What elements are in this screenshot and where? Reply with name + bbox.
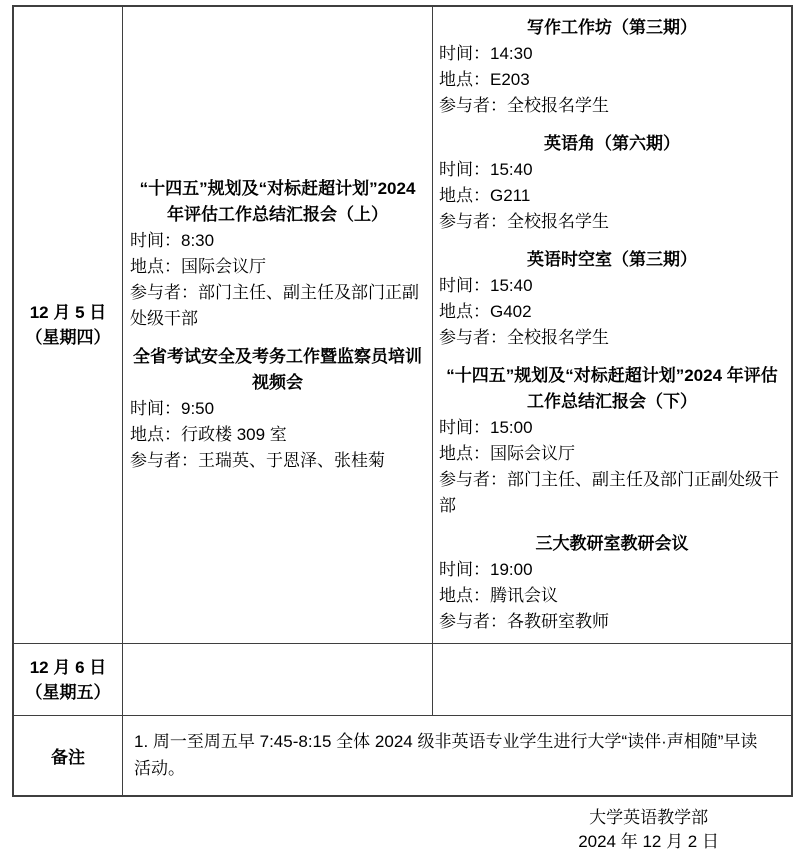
table-row-dec6: 12 月 6 日 （星期五） [14, 643, 791, 715]
signature-block: 大学英语教学部 2024 年 12 月 2 日 [578, 806, 719, 854]
document-page: 12 月 5 日 （星期四） “十四五”规划及“对标赶超计划”2024 年评估工… [0, 0, 799, 855]
event-block: 英语时空室（第三期） 时间：15:40 地点：G402 参与者：全校报名学生 [439, 247, 785, 351]
event-title: “十四五”规划及“对标赶超计划”2024 年评估工作总结汇报会（上） [130, 176, 425, 228]
event-time: 时间：15:40 [439, 157, 785, 183]
date-line-1: 12 月 5 日 [30, 300, 107, 325]
event-time: 时间：15:40 [439, 273, 785, 299]
event-block: 全省考试安全及考务工作暨监察员培训视频会 时间：9:50 地点：行政楼 309 … [130, 344, 425, 474]
event-block: “十四五”规划及“对标赶超计划”2024 年评估工作总结汇报会（下） 时间：15… [439, 363, 785, 519]
event-title: 全省考试安全及考务工作暨监察员培训视频会 [130, 344, 425, 396]
event-location: 地点：G402 [439, 299, 785, 325]
event-block: 英语角（第六期） 时间：15:40 地点：G211 参与者：全校报名学生 [439, 131, 785, 235]
event-title: 英语时空室（第三期） [439, 247, 785, 273]
events-cell-right-empty [433, 644, 791, 715]
table-row-note: 备注 1. 周一至周五早 7:45-8:15 全体 2024 级非英语专业学生进… [14, 715, 791, 795]
event-location: 地点：国际会议厅 [130, 254, 425, 280]
event-time: 时间：9:50 [130, 396, 425, 422]
date-line-1: 12 月 6 日 [30, 655, 107, 680]
event-participants: 参与者：全校报名学生 [439, 325, 785, 351]
event-location: 地点：行政楼 309 室 [130, 422, 425, 448]
event-participants: 参与者：全校报名学生 [439, 209, 785, 235]
event-time: 时间：14:30 [439, 41, 785, 67]
events-cell-middle: “十四五”规划及“对标赶超计划”2024 年评估工作总结汇报会（上） 时间：8:… [123, 7, 433, 643]
event-title: 写作工作坊（第三期） [439, 15, 785, 41]
event-participants: 参与者：王瑞英、于恩泽、张桂菊 [130, 448, 425, 474]
note-text: 1. 周一至周五早 7:45-8:15 全体 2024 级非英语专业学生进行大学… [123, 716, 791, 795]
event-time: 时间：8:30 [130, 228, 425, 254]
events-cell-middle-empty [123, 644, 433, 715]
date-line-2: （星期四） [26, 325, 111, 350]
events-cell-right: 写作工作坊（第三期） 时间：14:30 地点：E203 参与者：全校报名学生 英… [433, 7, 791, 643]
event-block: 三大教研室教研会议 时间：19:00 地点：腾讯会议 参与者：各教研室教师 [439, 531, 785, 635]
event-participants: 参与者：各教研室教师 [439, 609, 785, 635]
event-location: 地点：腾讯会议 [439, 583, 785, 609]
event-location: 地点：G211 [439, 183, 785, 209]
event-participants: 参与者：部门主任、副主任及部门正副处级干部 [130, 280, 425, 332]
note-label-cell: 备注 [14, 716, 123, 795]
event-title: 英语角（第六期） [439, 131, 785, 157]
date-cell-dec6: 12 月 6 日 （星期五） [14, 644, 123, 715]
event-title: “十四五”规划及“对标赶超计划”2024 年评估工作总结汇报会（下） [439, 363, 785, 415]
event-participants: 参与者：全校报名学生 [439, 93, 785, 119]
table-row-dec5: 12 月 5 日 （星期四） “十四五”规划及“对标赶超计划”2024 年评估工… [14, 7, 791, 643]
event-block: “十四五”规划及“对标赶超计划”2024 年评估工作总结汇报会（上） 时间：8:… [130, 176, 425, 332]
event-time: 时间：19:00 [439, 557, 785, 583]
event-title: 三大教研室教研会议 [439, 531, 785, 557]
date-line-2: （星期五） [26, 680, 111, 705]
signature-org: 大学英语教学部 [578, 806, 719, 830]
event-location: 地点：国际会议厅 [439, 441, 785, 467]
signature-date: 2024 年 12 月 2 日 [578, 830, 719, 854]
event-time: 时间：15:00 [439, 415, 785, 441]
schedule-table: 12 月 5 日 （星期四） “十四五”规划及“对标赶超计划”2024 年评估工… [12, 5, 793, 797]
date-cell-dec5: 12 月 5 日 （星期四） [14, 7, 123, 643]
event-location: 地点：E203 [439, 67, 785, 93]
event-participants: 参与者：部门主任、副主任及部门正副处级干部 [439, 467, 785, 519]
event-block: 写作工作坊（第三期） 时间：14:30 地点：E203 参与者：全校报名学生 [439, 15, 785, 119]
